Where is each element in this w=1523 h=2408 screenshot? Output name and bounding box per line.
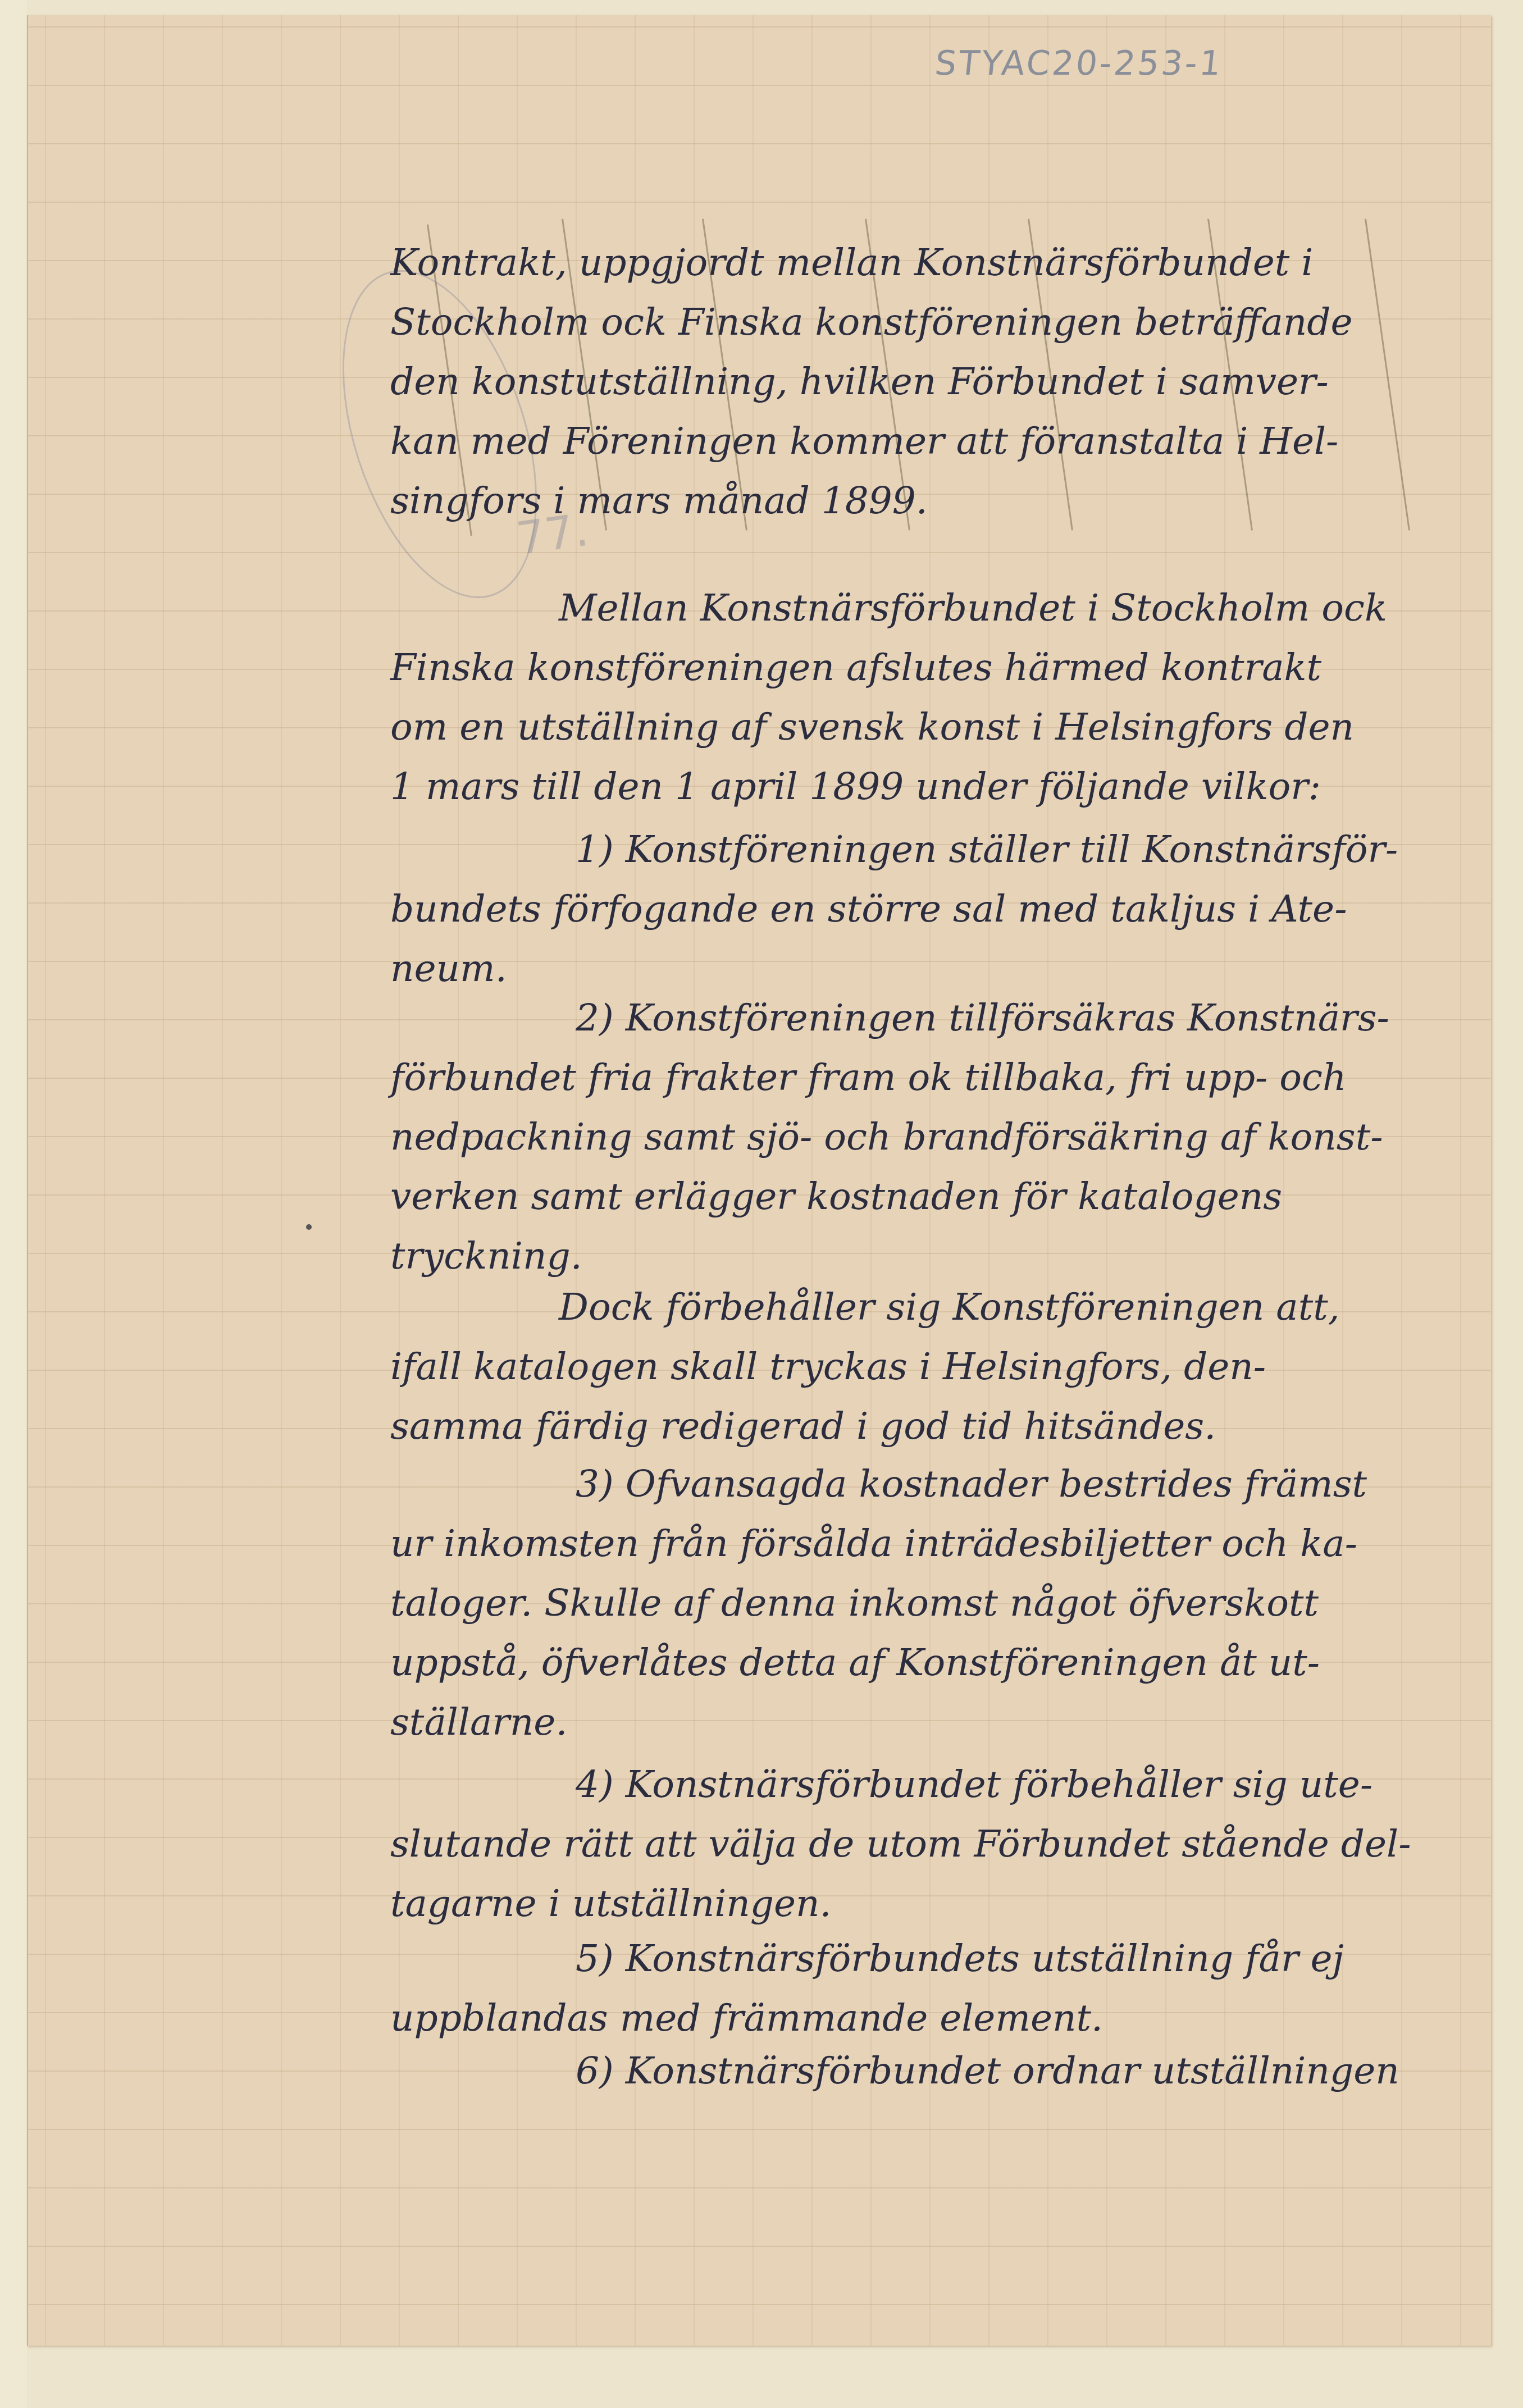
clause-line: tagarne i utställningen. [390, 1874, 1485, 1933]
clause-4: 4) Konstnärsförbundet förbehåller sig ut… [390, 1755, 1485, 1933]
intro-paragraph: Mellan Konstnärsförbundet i Stockholm oc… [390, 578, 1485, 817]
clause-line: förbundet fria frakter fram ok tillbaka,… [390, 1048, 1485, 1107]
clause-1: 1) Konstföreningen ställer till Konstnär… [390, 820, 1485, 998]
contract-title: Kontrakt, uppgjordt mellan Konstnärsförb… [390, 233, 1485, 531]
clause-line: verken samt erlägger kostnaden för katal… [390, 1167, 1485, 1226]
clause-3: 3) Ofvansagda kostnader bestrides främst… [390, 1454, 1485, 1752]
clause-line: ifall katalogen skall tryckas i Helsingf… [390, 1337, 1485, 1397]
title-line: Kontrakt, uppgjordt mellan Konstnärsförb… [390, 233, 1485, 293]
archive-mount [0, 0, 27, 2408]
clause-line: nedpackning samt sjö- och brandförsäkrin… [390, 1107, 1485, 1167]
clause-line: 5) Konstnärsförbundets utställning får e… [390, 1929, 1485, 1989]
ink-dot [306, 1224, 312, 1230]
clause-line: samma färdig redigerad i god tid hitsänd… [390, 1397, 1485, 1456]
clause-6: 6) Konstnärsförbundet ordnar utställning… [390, 2041, 1485, 2101]
clause-line: ur inkomsten från försålda inträdesbilje… [390, 1514, 1485, 1574]
title-line: Stockholm ock Finska konstföreningen bet… [390, 293, 1485, 352]
clause-line: taloger. Skulle af denna inkomst något ö… [390, 1574, 1485, 1633]
intro-line: Finska konstföreningen afslutes härmed k… [390, 638, 1485, 697]
intro-line: 1 mars till den 1 april 1899 under följa… [390, 757, 1485, 817]
clause-line: 3) Ofvansagda kostnader bestrides främst [390, 1454, 1485, 1514]
clause-line: bundets förfogande en större sal med tak… [390, 879, 1485, 939]
clause-line: 1) Konstföreningen ställer till Konstnär… [390, 820, 1485, 879]
clause-2: 2) Konstföreningen tillförsäkras Konstnä… [390, 988, 1485, 1286]
intro-line: Mellan Konstnärsförbundet i Stockholm oc… [390, 578, 1485, 638]
title-line: singfors i mars månad 1899. [390, 471, 1485, 531]
clause-line: 2) Konstföreningen tillförsäkras Konstnä… [390, 988, 1485, 1048]
title-line: den konstutställning, hvilken Förbundet … [390, 352, 1485, 412]
clause-line: slutande rätt att välja de utom Förbunde… [390, 1814, 1485, 1874]
clause-line: ställarne. [390, 1693, 1485, 1752]
catalog-id-label: STYAC20-253-1 [933, 44, 1225, 83]
clause-5: 5) Konstnärsförbundets utställning får e… [390, 1929, 1485, 2048]
clause-line: Dock förbehåller sig Konstföreningen att… [390, 1278, 1485, 1337]
clause-line: 6) Konstnärsförbundet ordnar utställning… [390, 2041, 1485, 2101]
clause-line: 4) Konstnärsförbundet förbehåller sig ut… [390, 1755, 1485, 1814]
title-line: kan med Föreningen kommer att föranstalt… [390, 412, 1485, 471]
clause-2-addendum: Dock förbehåller sig Konstföreningen att… [390, 1278, 1485, 1456]
intro-line: om en utställning af svensk konst i Hels… [390, 697, 1485, 757]
clause-line: uppblandas med främmande element. [390, 1989, 1485, 2048]
clause-line: uppstå, öfverlåtes detta af Konstförenin… [390, 1633, 1485, 1693]
